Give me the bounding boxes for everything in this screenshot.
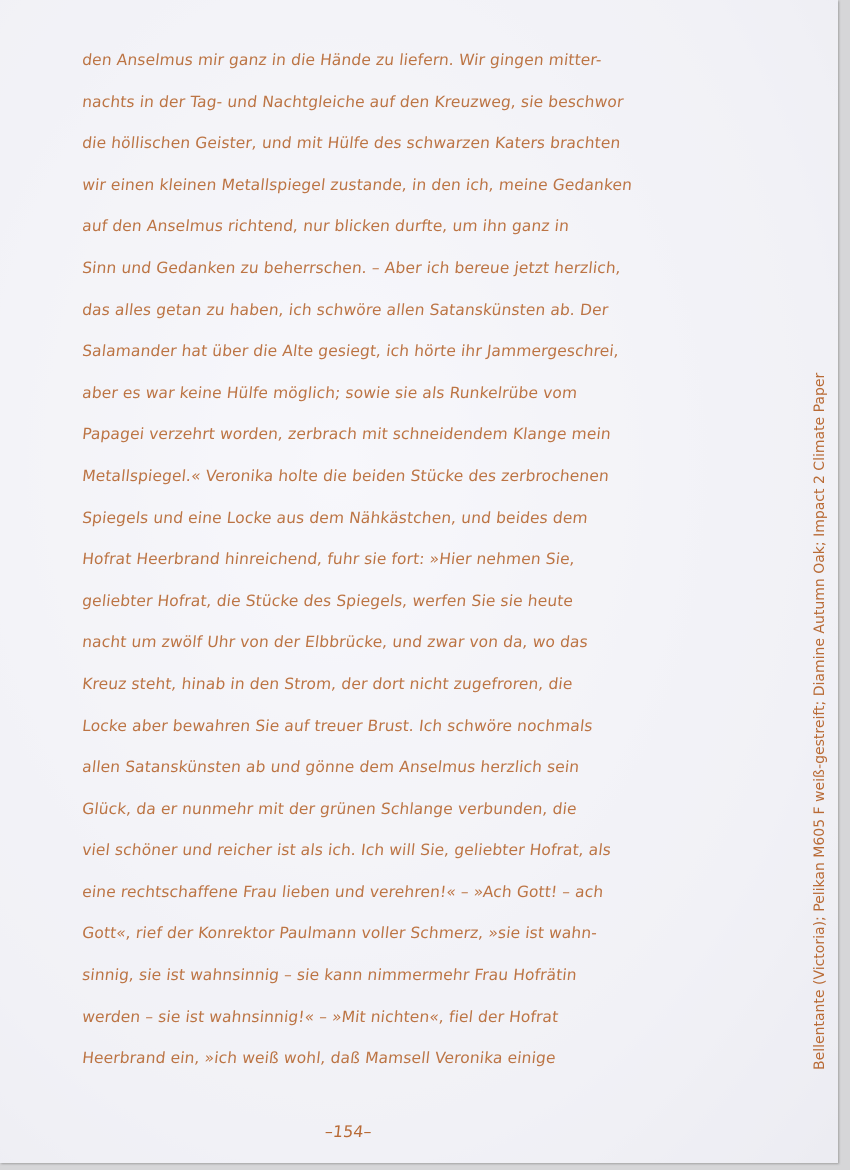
text-line: Gott«, rief der Konrektor Paulmann volle… xyxy=(80,913,774,955)
margin-note-pen-ink-paper: Bellentante (Victoria); Pelikan M605 F w… xyxy=(812,70,828,1070)
text-line: den Anselmus mir ganz in die Hände zu li… xyxy=(80,40,774,82)
text-line: Kreuz steht, hinab in den Strom, der dor… xyxy=(80,664,774,706)
text-line: aber es war keine Hülfe möglich; sowie s… xyxy=(80,373,774,415)
text-line: Papagei verzehrt worden, zerbrach mit sc… xyxy=(80,414,774,456)
text-line: viel schöner und reicher ist als ich. Ic… xyxy=(80,830,774,872)
text-line: geliebter Hofrat, die Stücke des Spiegel… xyxy=(80,581,774,623)
text-line: Glück, da er nunmehr mit der grünen Schl… xyxy=(80,789,774,831)
text-line: sinnig, sie ist wahnsinnig – sie kann ni… xyxy=(80,955,774,997)
text-line: Spiegels und eine Locke aus dem Nähkästc… xyxy=(80,498,774,540)
text-line: werden – sie ist wahnsinnig!« – »Mit nic… xyxy=(80,997,774,1039)
text-line: nachts in der Tag- und Nachtgleiche auf … xyxy=(80,82,774,124)
text-line: Heerbrand ein, »ich weiß wohl, daß Mamse… xyxy=(80,1038,774,1080)
text-line: Hofrat Heerbrand hinreichend, fuhr sie f… xyxy=(80,539,774,581)
text-line: Salamander hat über die Alte gesiegt, ic… xyxy=(80,331,774,373)
text-line: eine rechtschaffene Frau lieben und vere… xyxy=(80,872,774,914)
manuscript-page: den Anselmus mir ganz in die Hände zu li… xyxy=(0,0,838,1163)
text-line: Locke aber bewahren Sie auf treuer Brust… xyxy=(80,706,774,748)
handwritten-text-block: den Anselmus mir ganz in die Hände zu li… xyxy=(80,40,770,1080)
text-line: wir einen kleinen Metallspiegel zustande… xyxy=(80,165,774,207)
text-line: nacht um zwölf Uhr von der Elbbrücke, un… xyxy=(80,622,774,664)
text-line: allen Satanskünsten ab und gönne dem Ans… xyxy=(80,747,774,789)
text-line: Metallspiegel.« Veronika holte die beide… xyxy=(80,456,774,498)
text-line: das alles getan zu haben, ich schwöre al… xyxy=(80,290,774,332)
text-line: Sinn und Gedanken zu beherrschen. – Aber… xyxy=(80,248,774,290)
text-line: auf den Anselmus richtend, nur blicken d… xyxy=(80,206,774,248)
page-number: –154– xyxy=(324,1122,373,1141)
text-line: die höllischen Geister, und mit Hülfe de… xyxy=(80,123,774,165)
